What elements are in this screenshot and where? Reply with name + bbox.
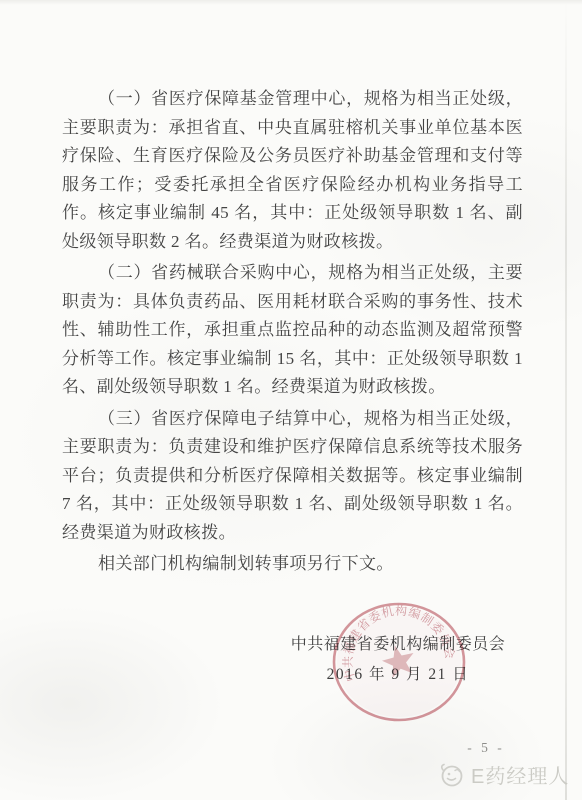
watermark: E药经理人 — [438, 760, 569, 789]
document-page: （一）省医疗保障基金管理中心，规格为相当正处级，主要职责为：承担省直、中央直属驻… — [0, 0, 582, 800]
scan-fold-line — [565, 0, 567, 800]
watermark-logo-icon — [438, 761, 466, 789]
signature-block: 中共福建省委机构编制委员会 2016 年 9 月 21 日 — [238, 630, 558, 690]
closing-note: 相关部门机构编制划转事项另行下文。 — [62, 550, 523, 579]
issue-date: 2016 年 9 月 21 日 — [238, 660, 558, 690]
document-body: （一）省医疗保障基金管理中心，规格为相当正处级，主要职责为：承担省直、中央直属驻… — [62, 85, 523, 582]
watermark-text: E药经理人 — [471, 760, 569, 789]
paragraph-1: （一）省医疗保障基金管理中心，规格为相当正处级，主要职责为：承担省直、中央直属驻… — [62, 85, 523, 256]
issuing-authority: 中共福建省委机构编制委员会 — [238, 630, 558, 660]
paragraph-2: （二）省药械联合采购中心，规格为相当正处级，主要职责为：具体负责药品、医用耗材联… — [62, 259, 523, 402]
paragraph-3: （三）省医疗保障电子结算中心，规格为相当正处级，主要职责为：负责建设和维护医疗保… — [62, 405, 523, 548]
page-number: - 5 - — [448, 740, 524, 756]
